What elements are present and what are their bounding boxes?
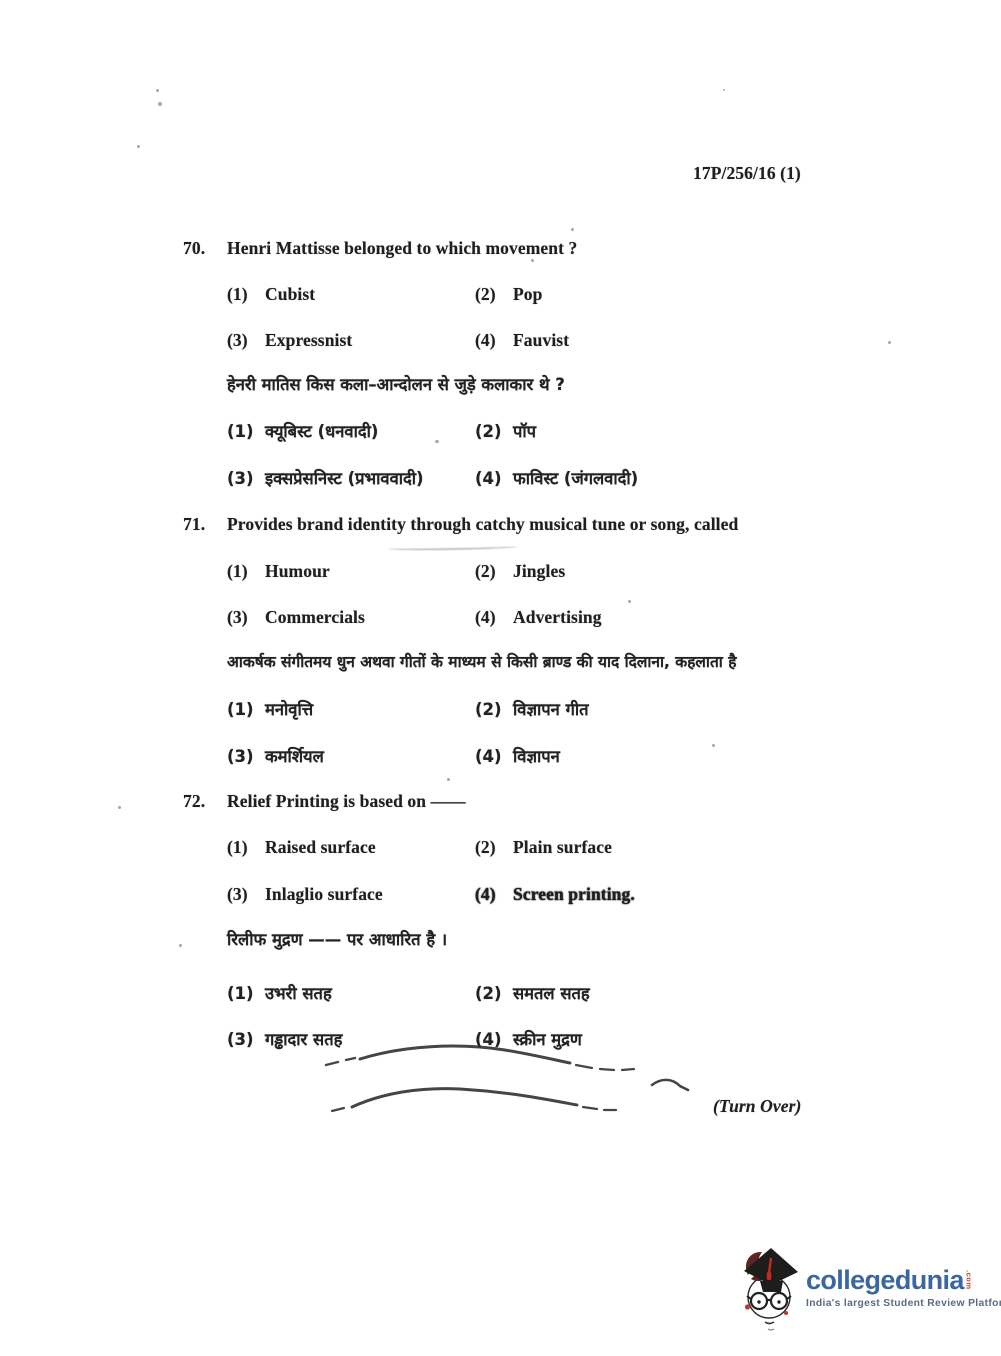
question-number: 71. bbox=[183, 514, 205, 535]
option-label: (2) bbox=[475, 561, 513, 582]
option: (1)मनोवृत्ति bbox=[227, 697, 313, 720]
option-text: मनोवृत्ति bbox=[265, 700, 313, 719]
question-number: 72. bbox=[183, 791, 205, 812]
option-label: (3) bbox=[227, 747, 265, 766]
option-text: Pop bbox=[513, 284, 542, 304]
option: (4)Fauvist bbox=[475, 330, 569, 351]
option: (3)Commercials bbox=[227, 607, 365, 628]
scan-speck bbox=[571, 228, 574, 231]
option: (1)उभरी सतह bbox=[227, 981, 332, 1004]
option-text: Inlaglio surface bbox=[265, 884, 383, 904]
question-72-hi: रिलीफ मुद्रण —— पर आधारित है । bbox=[0, 927, 1001, 953]
option-text: Plain surface bbox=[513, 837, 612, 857]
option-text: Screen printing. bbox=[513, 884, 635, 904]
scan-speck bbox=[447, 778, 450, 781]
scan-speck bbox=[158, 102, 162, 106]
scan-speck bbox=[137, 145, 140, 148]
option-label: (1) bbox=[227, 561, 265, 582]
option-text: उभरी सतह bbox=[265, 984, 332, 1003]
option-text: Advertising bbox=[513, 607, 602, 627]
question-71-en-options-row-2: (3)Commercials (4)Advertising bbox=[0, 607, 1001, 633]
option: (4)फाविस्ट (जंगलवादी) bbox=[475, 466, 638, 489]
option-label: (4) bbox=[475, 469, 513, 488]
paper-code: 17P/256/16 (1) bbox=[693, 163, 801, 184]
question-70-en-options-row-2: (3)Expressnist (4)Fauvist bbox=[0, 330, 1001, 356]
question-71-hi-options-row-1: (1)मनोवृत्ति (2)विज्ञापन गीत bbox=[0, 697, 1001, 723]
option-text: Commercials bbox=[265, 607, 365, 627]
question-71-hi: आकर्षक संगीतमय धुन अथवा गीतों के माध्यम … bbox=[0, 650, 1001, 676]
option-text: कमर्शियल bbox=[265, 747, 324, 766]
option-label: (1) bbox=[227, 422, 265, 441]
question-72-hi-options-row-1: (1)उभरी सतह (2)समतल सतह bbox=[0, 981, 1001, 1007]
question-70-hi: हेनरी मातिस किस कला–आन्दोलन से जुड़े कला… bbox=[0, 372, 1001, 398]
option-text: Expressnist bbox=[265, 330, 352, 350]
option: (1)Cubist bbox=[227, 284, 315, 305]
logo-domain-suffix: .com bbox=[965, 1270, 973, 1290]
question-72-en: 72. Relief Printing is based on —— bbox=[0, 791, 1001, 817]
option: (4)Screen printing. bbox=[475, 884, 635, 905]
option-label: (2) bbox=[475, 984, 513, 1003]
scanned-exam-page: 17P/256/16 (1) 70. Henri Mattisse belong… bbox=[0, 0, 1001, 1356]
question-text-hi: आकर्षक संगीतमय धुन अथवा गीतों के माध्यम … bbox=[227, 650, 736, 672]
question-text-en: Henri Mattisse belonged to which movemen… bbox=[227, 238, 577, 259]
logo-tagline: India's largest Student Review Platform bbox=[806, 1298, 1001, 1309]
question-72-en-options-row-2: (3)Inlaglio surface (4)Screen printing. bbox=[0, 884, 1001, 910]
scan-smudge bbox=[388, 544, 518, 551]
option-label: (1) bbox=[227, 700, 265, 719]
option: (1)क्यूबिस्ट (धनवादी) bbox=[227, 419, 378, 442]
question-number: 70. bbox=[183, 238, 205, 259]
option: (2)पॉप bbox=[475, 419, 536, 442]
option-label: (3) bbox=[227, 330, 265, 351]
option-text: फाविस्ट (जंगलवादी) bbox=[513, 469, 638, 488]
option: (1)Raised surface bbox=[227, 837, 376, 858]
option-label: (1) bbox=[227, 837, 265, 858]
option-label: (1) bbox=[227, 284, 265, 305]
option-text: Raised surface bbox=[265, 837, 376, 857]
option-label: (3) bbox=[227, 884, 265, 905]
logo-text-block: collegedunia .com India's largest Studen… bbox=[806, 1267, 1001, 1309]
question-71-en: 71. Provides brand identity through catc… bbox=[0, 514, 1001, 540]
option-label: (2) bbox=[475, 284, 513, 305]
option-text: Humour bbox=[265, 561, 330, 581]
option: (4)विज्ञापन bbox=[475, 744, 560, 767]
option: (2)Pop bbox=[475, 284, 542, 305]
option: (1)Humour bbox=[227, 561, 330, 582]
option: (3)Expressnist bbox=[227, 330, 352, 351]
scan-speck bbox=[628, 600, 631, 603]
option-text: विज्ञापन bbox=[513, 747, 560, 766]
scan-speck bbox=[723, 89, 725, 91]
option-label: (3) bbox=[227, 469, 265, 488]
option-text: इक्सप्रेसनिस्ट (प्रभाववादी) bbox=[265, 469, 424, 488]
question-71-en-options-row-1: (1)Humour (2)Jingles bbox=[0, 561, 1001, 587]
option-text: Cubist bbox=[265, 284, 315, 304]
option-label: (2) bbox=[475, 837, 513, 858]
collegedunia-logo: collegedunia .com India's largest Studen… bbox=[738, 1243, 1001, 1333]
option-label: (2) bbox=[475, 422, 513, 441]
option-label: (2) bbox=[475, 700, 513, 719]
option: (2)Jingles bbox=[475, 561, 565, 582]
option-text: समतल सतह bbox=[513, 984, 590, 1003]
turn-over-note: (Turn Over) bbox=[713, 1096, 801, 1117]
option-text: पॉप bbox=[513, 422, 536, 441]
option: (3)Inlaglio surface bbox=[227, 884, 383, 905]
option-text: विज्ञापन गीत bbox=[513, 700, 589, 719]
question-70-en-options-row-1: (1)Cubist (2)Pop bbox=[0, 284, 1001, 310]
scan-squiggle-marks bbox=[320, 1035, 780, 1125]
option-label: (4) bbox=[475, 747, 513, 766]
question-text-hi: रिलीफ मुद्रण —— पर आधारित है । bbox=[227, 927, 447, 950]
collegedunia-mascot-icon bbox=[738, 1243, 802, 1333]
option: (4)Advertising bbox=[475, 607, 602, 628]
option-label: (3) bbox=[227, 1030, 265, 1049]
option: (3)कमर्शियल bbox=[227, 744, 324, 767]
option: (2)विज्ञापन गीत bbox=[475, 697, 589, 720]
option: (2)समतल सतह bbox=[475, 981, 590, 1004]
option-label: (3) bbox=[227, 607, 265, 628]
question-71-hi-options-row-2: (3)कमर्शियल (4)विज्ञापन bbox=[0, 744, 1001, 770]
option-label: (1) bbox=[227, 984, 265, 1003]
option-label: (4) bbox=[475, 330, 513, 351]
question-text-en: Relief Printing is based on —— bbox=[227, 791, 466, 812]
option-text: क्यूबिस्ट (धनवादी) bbox=[265, 422, 378, 441]
option-text: Fauvist bbox=[513, 330, 569, 350]
question-text-en: Provides brand identity through catchy m… bbox=[227, 514, 738, 535]
option: (3)इक्सप्रेसनिस्ट (प्रभाववादी) bbox=[227, 466, 424, 489]
scan-speck bbox=[156, 89, 159, 92]
question-70-en: 70. Henri Mattisse belonged to which mov… bbox=[0, 238, 1001, 264]
option-text: Jingles bbox=[513, 561, 565, 581]
option-label: (4) bbox=[475, 884, 513, 905]
question-70-hi-options-row-1: (1)क्यूबिस्ट (धनवादी) (2)पॉप bbox=[0, 419, 1001, 445]
logo-brand-text: collegedunia bbox=[806, 1267, 964, 1294]
question-70-hi-options-row-2: (3)इक्सप्रेसनिस्ट (प्रभाववादी) (4)फाविस्… bbox=[0, 466, 1001, 492]
question-text-hi: हेनरी मातिस किस कला–आन्दोलन से जुड़े कला… bbox=[227, 372, 565, 395]
question-72-en-options-row-1: (1)Raised surface (2)Plain surface bbox=[0, 837, 1001, 863]
option-label: (4) bbox=[475, 607, 513, 628]
option: (2)Plain surface bbox=[475, 837, 612, 858]
